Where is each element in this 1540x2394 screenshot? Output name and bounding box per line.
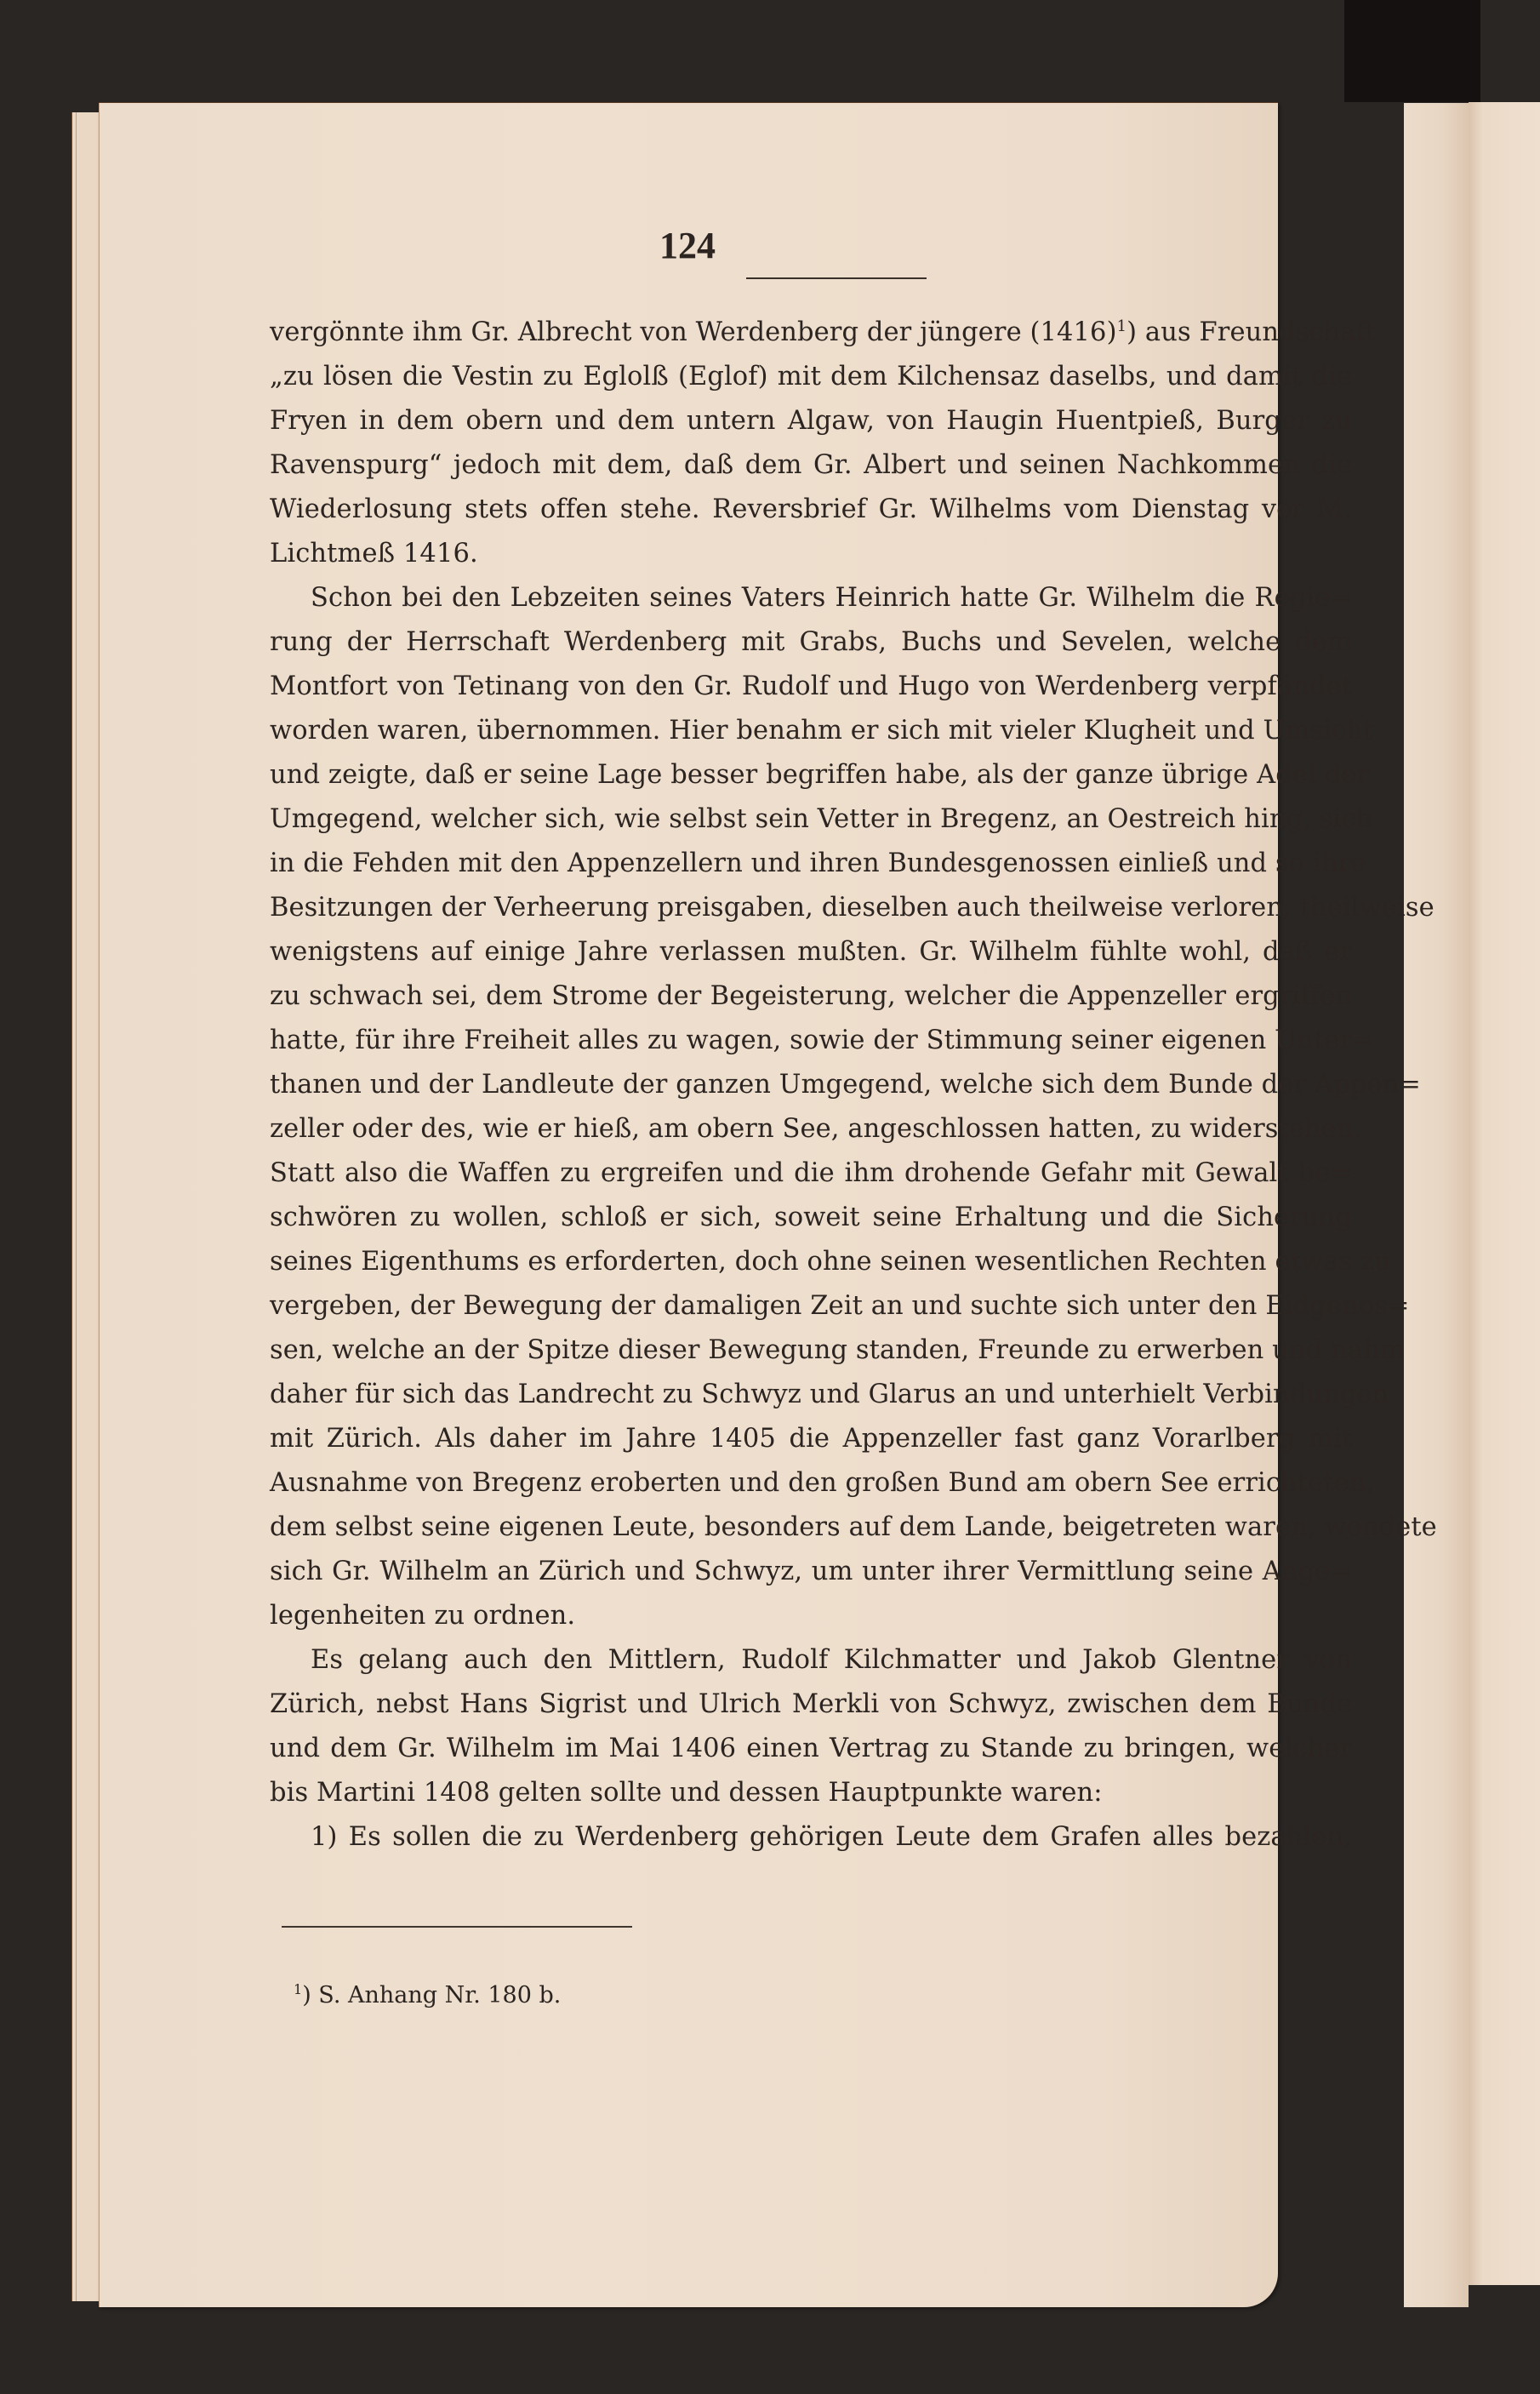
text-line: in die Fehden mit den Appenzellern und i… xyxy=(270,842,1352,886)
text-line: Umgegend, welcher sich, wie selbst sein … xyxy=(270,797,1352,842)
facing-page-edge xyxy=(1469,102,1540,2285)
footnote: 1) S. Anhang Nr. 180 b. xyxy=(294,1977,561,2014)
header-rule xyxy=(746,277,927,279)
text-line: und zeigte, daß er seine Lage besser beg… xyxy=(270,753,1352,797)
text-line: bis Martini 1408 gelten sollte und desse… xyxy=(270,1771,1352,1815)
text-line: Zürich, nebst Hans Sigrist und Ulrich Me… xyxy=(270,1683,1352,1727)
text-line: Lichtmeß 1416. xyxy=(270,532,1352,576)
text-line: legenheiten zu ordnen. xyxy=(270,1594,1352,1638)
text-line: Wiederlosung stets offen stehe. Reversbr… xyxy=(270,488,1352,532)
list-item: 1) Es sollen die zu Werdenberg gehörigen… xyxy=(311,1815,1352,1860)
page-number-text: 124 xyxy=(659,224,716,267)
text-line: sen, welche an der Spitze dieser Bewegun… xyxy=(270,1328,1352,1373)
text-line: Ausnahme von Bregenz eroberten und den g… xyxy=(270,1461,1352,1506)
footnote-text: ) S. Anhang Nr. 180 b. xyxy=(302,1982,561,2008)
text-line: seines Eigenthums es erforderten, doch o… xyxy=(270,1240,1352,1284)
text-line: vergönnte ihm Gr. Albrecht von Werdenber… xyxy=(270,311,1352,355)
text-line: hatte, für ihre Freiheit alles zu wagen,… xyxy=(270,1019,1352,1063)
paragraph-start: Schon bei den Lebzeiten seines Vaters He… xyxy=(311,576,1352,620)
text-line: und dem Gr. Wilhelm im Mai 1406 einen Ve… xyxy=(270,1727,1352,1771)
paragraph-start: Es gelang auch den Mittlern, Rudolf Kilc… xyxy=(311,1638,1352,1683)
text-line: dem selbst seine eigenen Leute, besonder… xyxy=(270,1506,1352,1550)
page-number: 124 xyxy=(270,224,1352,267)
text-line: worden waren, übernommen. Hier benahm er… xyxy=(270,709,1352,753)
text-line: Ravenspurg“ jedoch mit dem, daß dem Gr. … xyxy=(270,443,1352,488)
scanner-background xyxy=(1344,0,1480,102)
book-page: 124 vergönnte ihm Gr. Albrecht von Werde… xyxy=(99,102,1278,2307)
text-line: „zu lösen die Vestin zu Eglolß (Eglof) m… xyxy=(270,355,1352,399)
text-line: zu schwach sei, dem Strome der Begeister… xyxy=(270,974,1352,1019)
text-line: Fryen in dem obern und dem untern Algaw,… xyxy=(270,399,1352,443)
text-line: schwören zu wollen, schloß er sich, sowe… xyxy=(270,1196,1352,1240)
footnote-ref: 1 xyxy=(1117,317,1127,335)
page-edge-line xyxy=(99,103,100,2307)
text-line: Besitzungen der Verheerung preisgaben, d… xyxy=(270,886,1352,930)
text-line: rung der Herrschaft Werdenberg mit Grabs… xyxy=(270,620,1352,665)
text-line: zeller oder des, wie er hieß, am obern S… xyxy=(270,1107,1352,1151)
text-line: Statt also die Waffen zu ergreifen und d… xyxy=(270,1151,1352,1196)
line-text-cont: ) aus Freundschaft xyxy=(1126,317,1376,347)
text-line: sich Gr. Wilhelm an Zürich und Schwyz, u… xyxy=(270,1550,1352,1594)
text-line: mit Zürich. Als daher im Jahre 1405 die … xyxy=(270,1417,1352,1461)
footnote-marker: 1 xyxy=(294,1981,302,1997)
text-line: Montfort von Tetinang von den Gr. Rudolf… xyxy=(270,665,1352,709)
line-text: vergönnte ihm Gr. Albrecht von Werdenber… xyxy=(270,317,1117,347)
footnote-rule xyxy=(282,1926,632,1928)
text-line: vergeben, der Bewegung der damaligen Zei… xyxy=(270,1284,1352,1328)
page-fold-shadow xyxy=(1404,103,1469,2307)
text-line: wenigstens auf einige Jahre verlassen mu… xyxy=(270,930,1352,974)
text-line: daher für sich das Landrecht zu Schwyz u… xyxy=(270,1373,1352,1417)
text-line: thanen und der Landleute der ganzen Umge… xyxy=(270,1063,1352,1107)
